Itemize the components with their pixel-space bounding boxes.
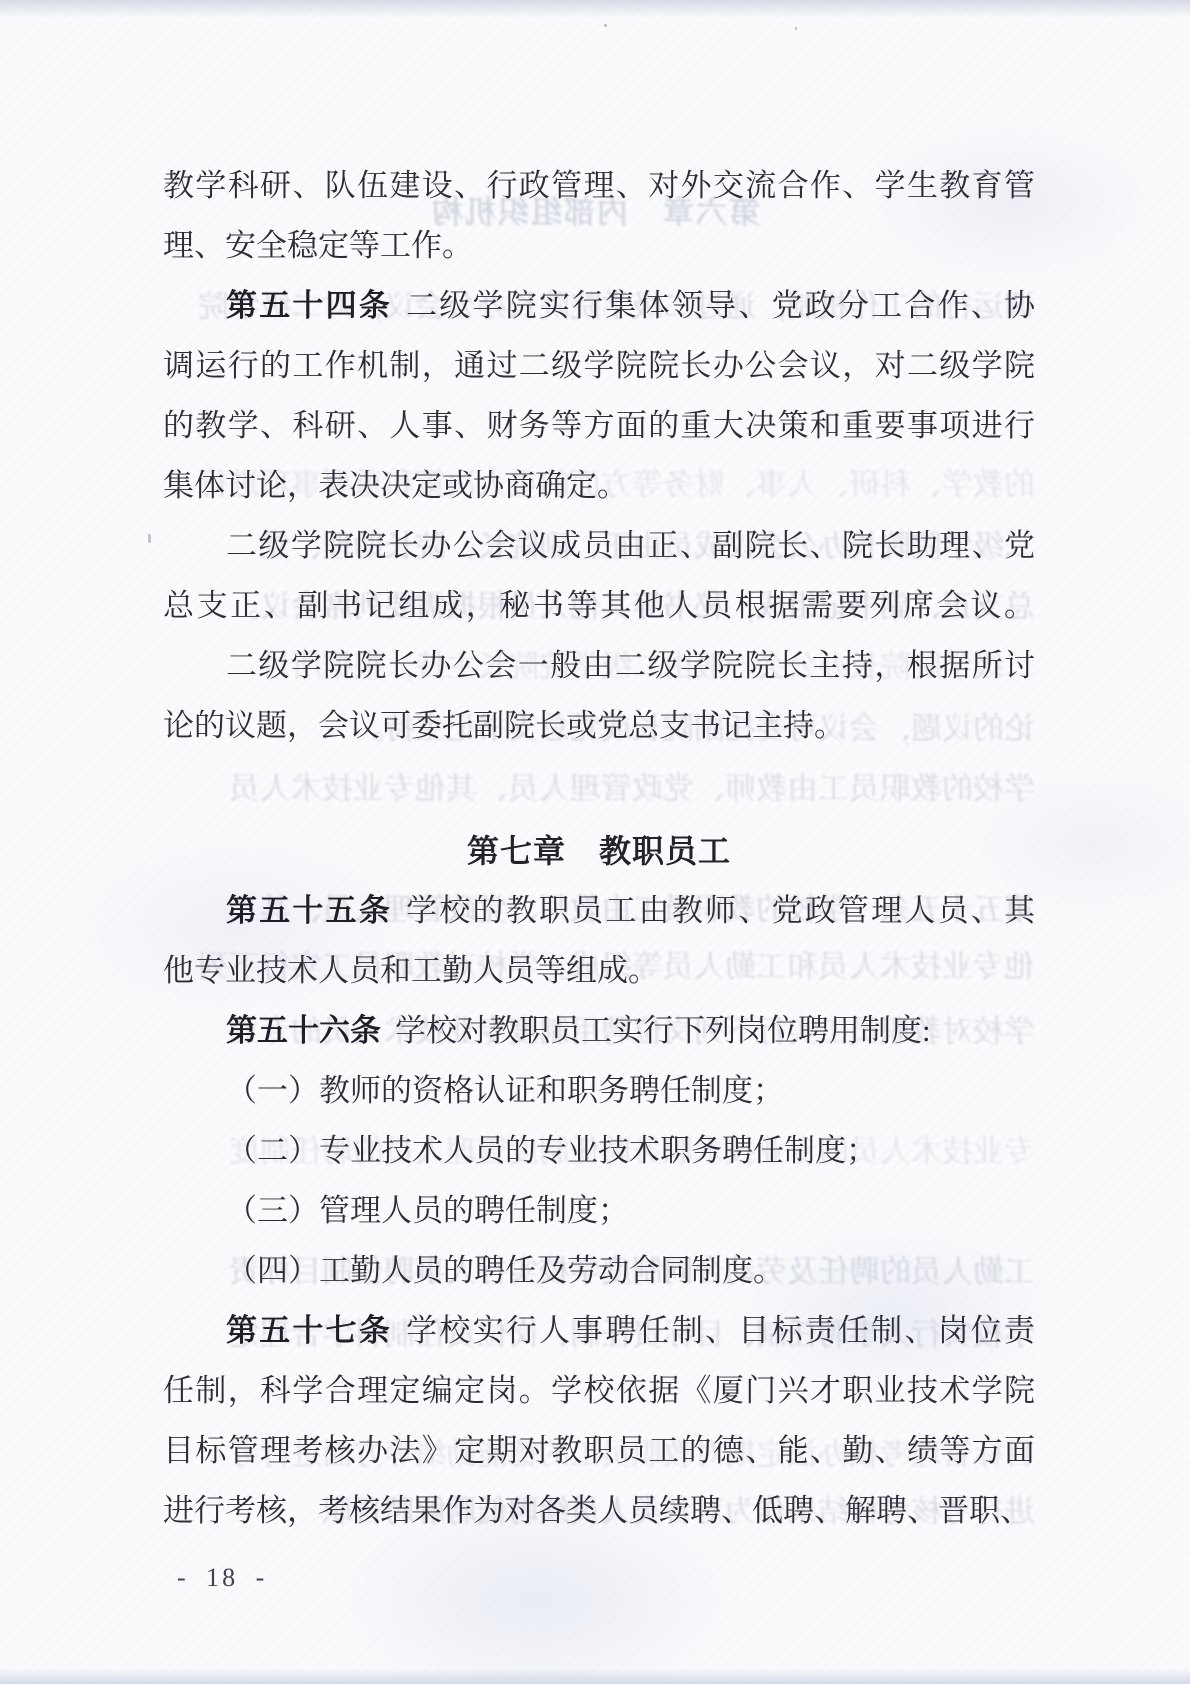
body-line: 二级学院院长办公会议成员由正、副院长、院长助理、党 (163, 516, 1035, 576)
scanned-document-page: 第六章 内部组织机构调运行的工作机制，通过二级学院院长办公会议，对二级学院的教学… (0, 0, 1190, 1684)
body-line: 的教学、科研、人事、财务等方面的重大决策和重要事项进行 (163, 396, 1035, 456)
article-number: 第五十四条 (226, 288, 392, 323)
body-line: （四）工勤人员的聘任及劳动合同制度。 (163, 1241, 1035, 1301)
body-line: 论的议题，会议可委托副院长或党总支书记主持。 (163, 696, 1035, 756)
page-number: - 18 - (177, 1563, 267, 1593)
body-line: 二级学院院长办公会一般由二级学院院长主持，根据所讨 (163, 636, 1035, 696)
article-line: 第五十五条学校的教职员工由教师、党政管理人员、其 (163, 881, 1035, 941)
article-line: 第五十六条学校对教职员工实行下列岗位聘用制度: (163, 1001, 1035, 1061)
scan-speck (795, 27, 797, 30)
article-line: 第五十七条学校实行人事聘任制、目标责任制、岗位责 (163, 1301, 1035, 1361)
article-number: 第五十七条 (226, 1313, 392, 1348)
body-line: 总支正、副书记组成，秘书等其他人员根据需要列席会议。 (163, 576, 1035, 636)
scan-edge-top (0, 0, 1190, 18)
article-number: 第五十五条 (226, 893, 392, 928)
article-text: 学校的教职员工由教师、党政管理人员、其 (406, 893, 1035, 928)
body-line: 进行考核，考核结果作为对各类人员续聘、低聘、解聘、晋职、 (163, 1481, 1035, 1541)
body-line: 集体讨论，表决决定或协商确定。 (163, 456, 1035, 516)
article-text: 学校对教职员工实行下列岗位聘用制度: (395, 1013, 931, 1048)
body-line: 理、安全稳定等工作。 (163, 216, 1035, 276)
body-line: 调运行的工作机制，通过二级学院院长办公会议，对二级学院 (163, 336, 1035, 396)
body-line: （一）教师的资格认证和职务聘任制度； (163, 1061, 1035, 1121)
article-line: 第五十四条二级学院实行集体领导、党政分工合作、协 (163, 276, 1035, 336)
scan-speck (604, 24, 607, 27)
body-line: （三）管理人员的聘任制度； (163, 1181, 1035, 1241)
article-number: 第五十六条 (226, 1013, 381, 1048)
body-line: 目标管理考核办法》定期对教职员工的德、能、勤、绩等方面 (163, 1421, 1035, 1481)
article-text: 二级学院实行集体领导、党政分工合作、协 (406, 288, 1035, 323)
charter-body-text: 教学科研、队伍建设、行政管理、对外交流合作、学生教育管理、安全稳定等工作。第五十… (163, 156, 1035, 1541)
body-line: （二）专业技术人员的专业技术职务聘任制度； (163, 1121, 1035, 1181)
article-text: 学校实行人事聘任制、目标责任制、岗位责 (406, 1313, 1035, 1348)
chapter-heading: 第七章 教职员工 (163, 821, 1035, 881)
scan-speck (148, 534, 151, 543)
body-line: 任制，科学合理定编定岗。学校依据《厦门兴才职业技术学院 (163, 1361, 1035, 1421)
scan-edge-bottom (0, 1668, 1190, 1684)
body-line: 他专业技术人员和工勤人员等组成。 (163, 941, 1035, 1001)
body-line: 教学科研、队伍建设、行政管理、对外交流合作、学生教育管 (163, 156, 1035, 216)
